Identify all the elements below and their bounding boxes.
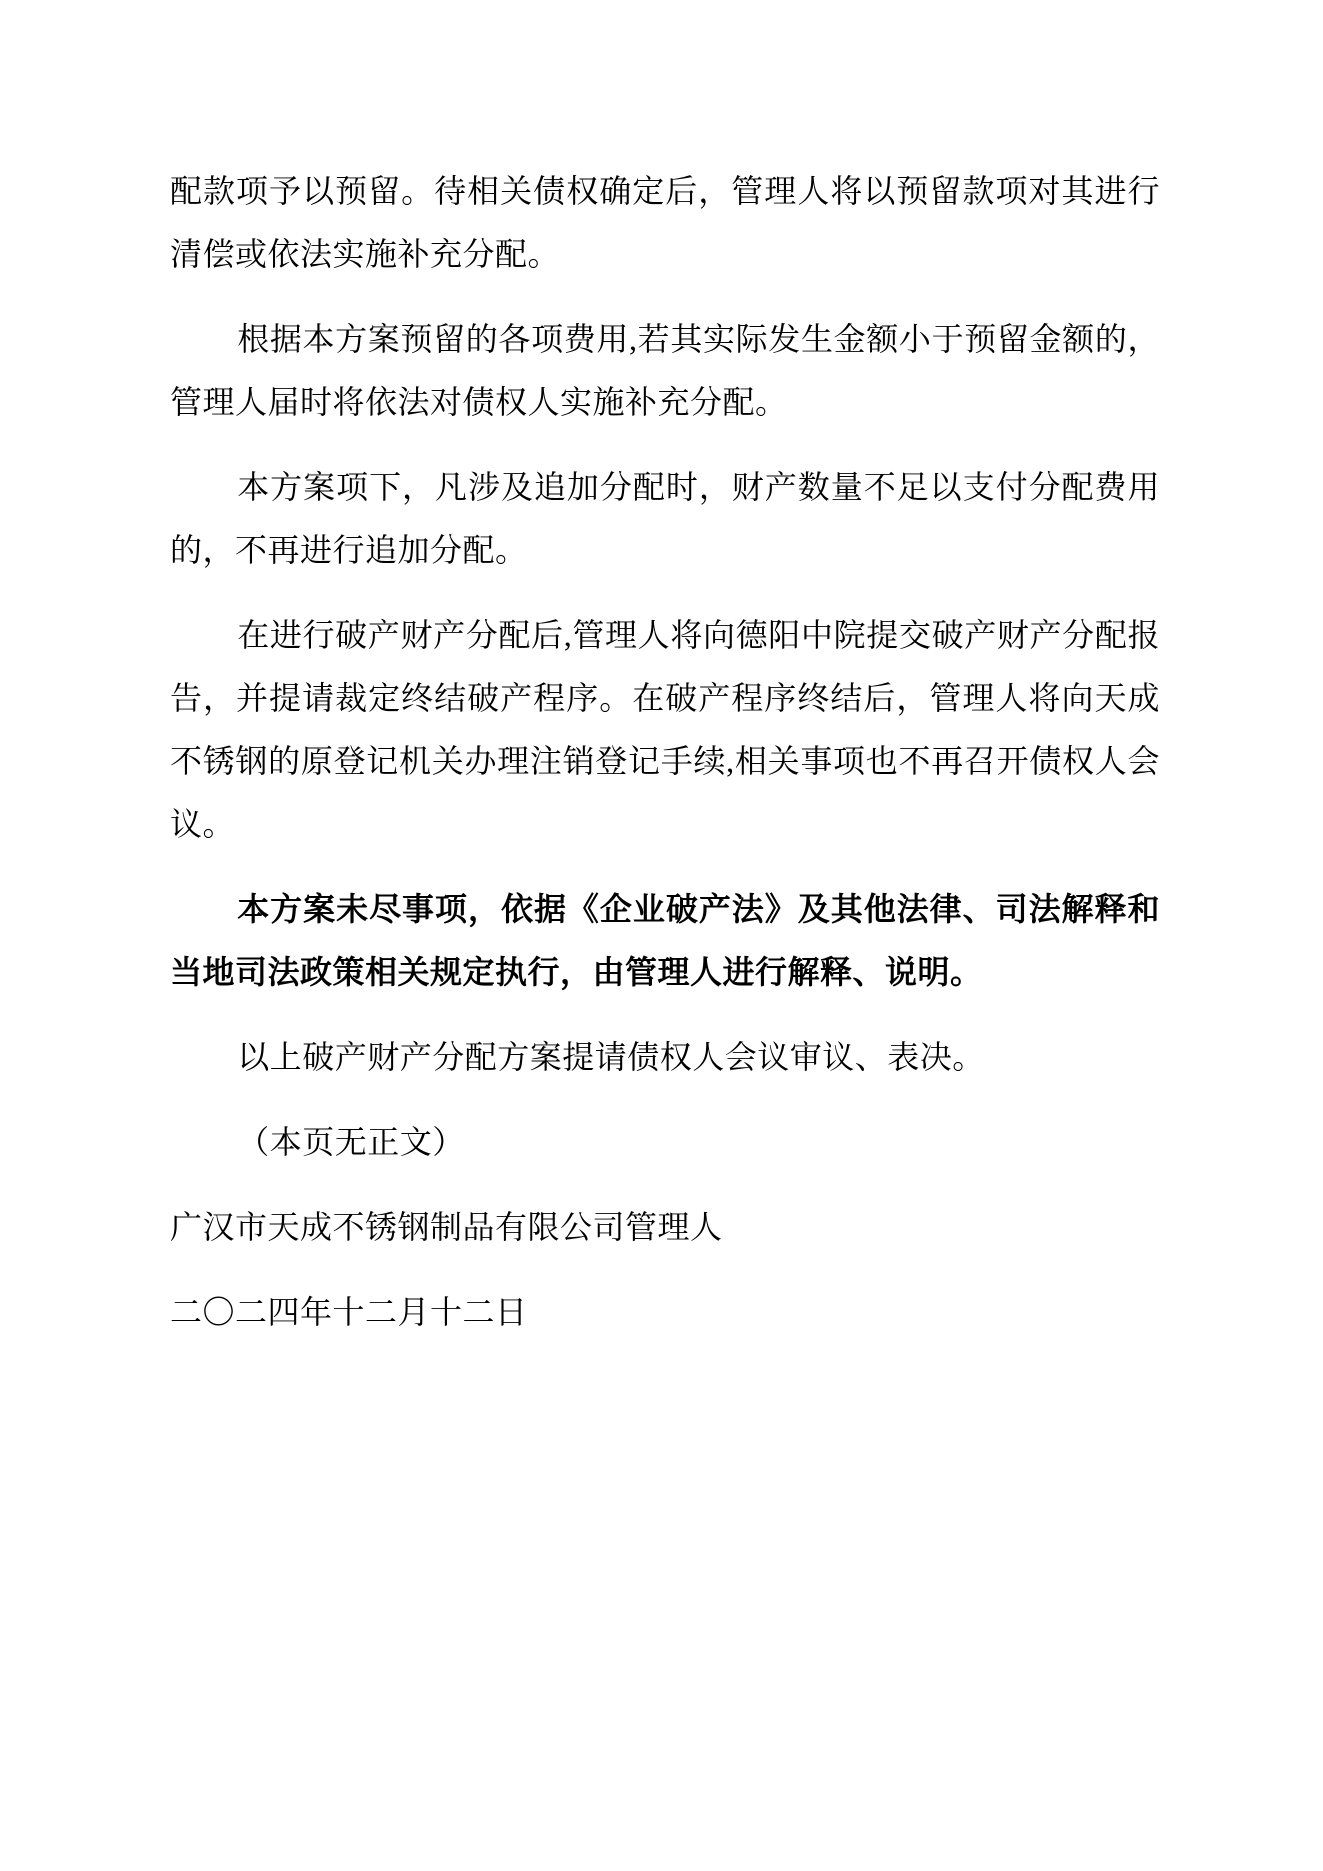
paragraph-closing-procedure: 在进行破产财产分配后,管理人将向德阳中院提交破产财产分配报告，并提请裁定终结破产… bbox=[170, 604, 1160, 856]
paragraph-vote-request: 以上破产财产分配方案提请债权人会议审议、表决。 bbox=[170, 1026, 1160, 1089]
paragraph-reserved-funds-continuation: 配款项予以预留。待相关债权确定后，管理人将以预留款项对其进行清偿或依法实施补充分… bbox=[170, 160, 1160, 286]
no-body-text-note: （本页无正文） bbox=[170, 1111, 1160, 1174]
paragraph-additional-distribution-limit: 本方案项下，凡涉及追加分配时，财产数量不足以支付分配费用的，不再进行追加分配。 bbox=[170, 456, 1160, 582]
document-page: 配款项予以预留。待相关债权确定后，管理人将以预留款项对其进行清偿或依法实施补充分… bbox=[0, 0, 1323, 1871]
paragraph-reserved-fees-supplementary: 根据本方案预留的各项费用,若其实际发生金额小于预留金额的，管理人届时将依法对债权… bbox=[170, 308, 1160, 434]
signature-date: 二〇二四年十二月十二日 bbox=[170, 1281, 1160, 1344]
paragraph-miscellaneous-clause: 本方案未尽事项，依据《企业破产法》及其他法律、司法解释和当地司法政策相关规定执行… bbox=[170, 878, 1160, 1004]
signature-company-name: 广汉市天成不锈钢制品有限公司管理人 bbox=[170, 1196, 1160, 1259]
